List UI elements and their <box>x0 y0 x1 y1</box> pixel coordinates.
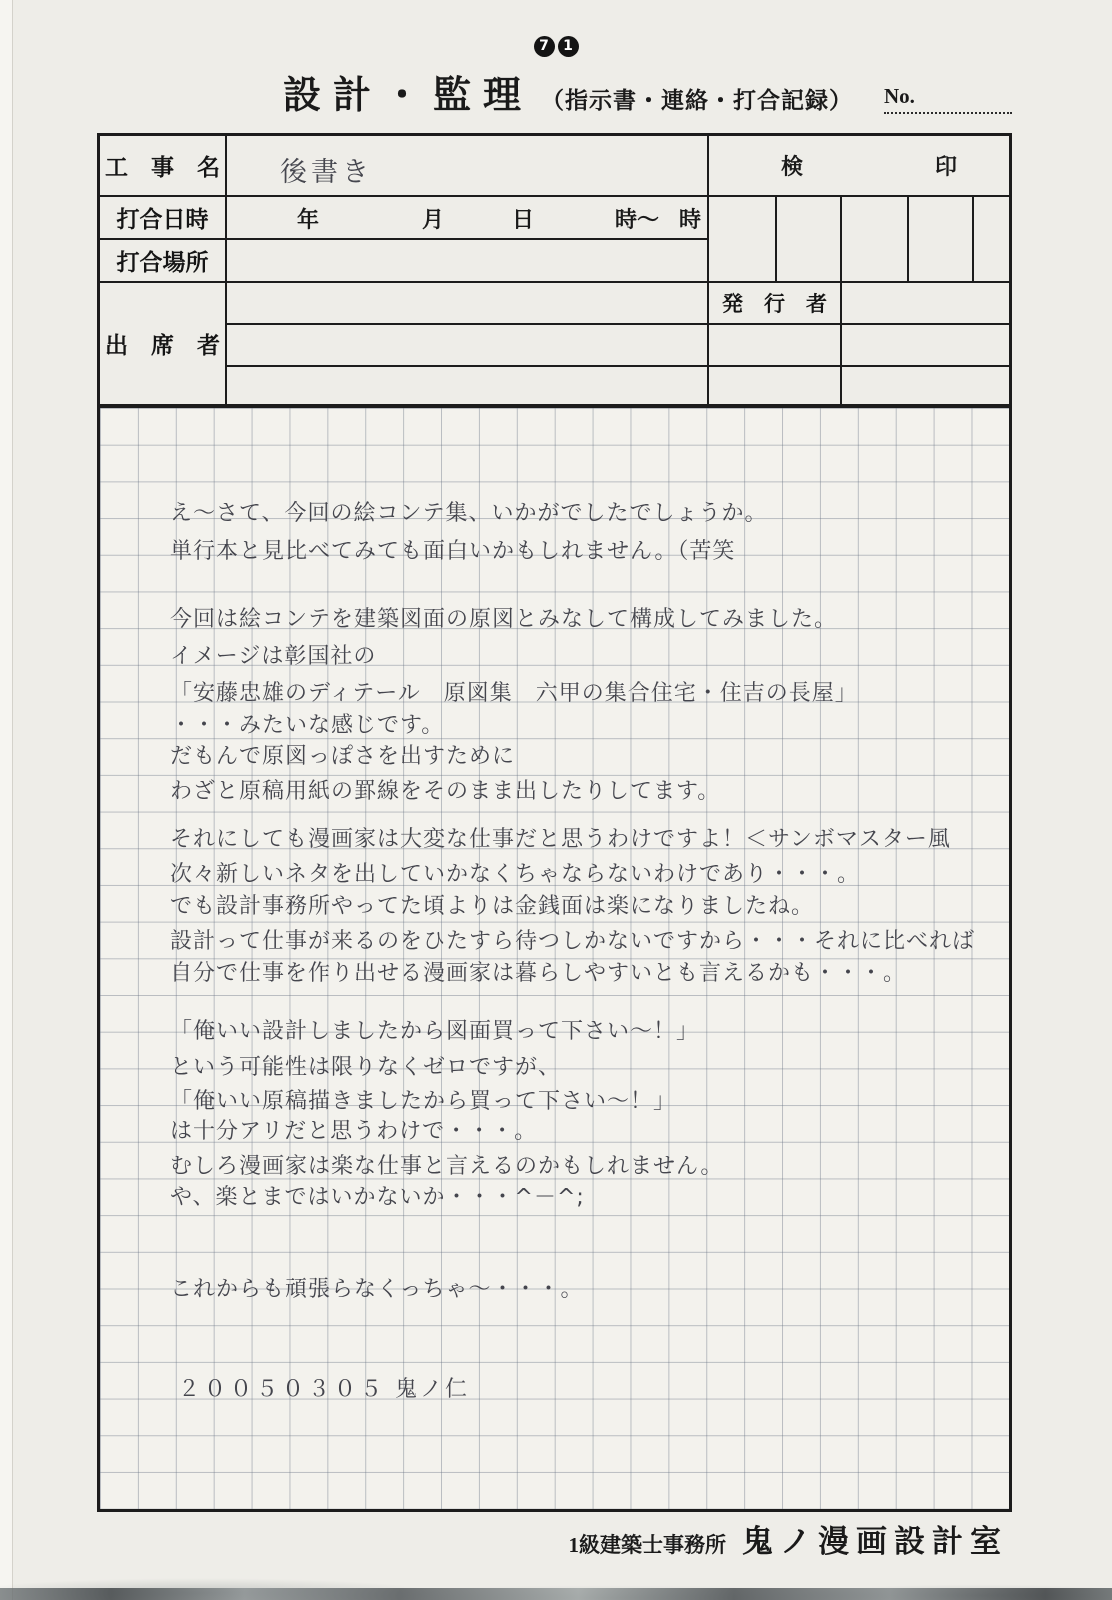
seal-cell-5 <box>974 197 1009 281</box>
note-line: 単行本と見比べてみても面白いかもしれません。（苦笑 <box>170 534 735 565</box>
scanned-form-page: 7 1 設計・監理 （指示書・連絡・打合記録） No. 工 事 名 打合日時 打… <box>0 0 1112 1600</box>
note-line: だもんで原図っぽさを出すために <box>170 739 515 770</box>
note-line: 自分で仕事を作り出せる漫画家は暮らしやすいとも言えるかも・・・。 <box>170 956 906 987</box>
unit-day: 日 <box>512 203 534 234</box>
table-line <box>225 365 1009 367</box>
title-main: 設計・監理 <box>283 64 533 119</box>
inspection-label-left: 検 <box>781 150 803 181</box>
seal-cell-3 <box>842 197 907 281</box>
note-line: イメージは彰国社の <box>170 639 376 670</box>
note-line: ・・・みたいな感じです。 <box>170 708 444 739</box>
note-line: は十分アリだと思うわけで・・・。 <box>170 1114 537 1145</box>
page-number: 7 1 <box>0 36 1112 57</box>
note-line: 次々新しいネタを出していかなくちゃならないわけであり・・・。 <box>170 857 860 888</box>
signature-line: ２００５０３０５ 鬼ノ仁 <box>100 1372 1009 1402</box>
unit-month: 月 <box>422 203 444 234</box>
project-name-label: 工 事 名 <box>100 136 225 195</box>
page-number-digit: 7 <box>534 36 555 57</box>
footer: 1級建築士事務所 鬼ノ漫画設計室 <box>97 1516 1008 1561</box>
unit-hour-from: 時～ <box>615 203 659 234</box>
note-line: や、楽とまではいかないか・・・^－^; <box>170 1180 585 1211</box>
seal-cell-1 <box>709 197 775 281</box>
note-line: 「俺いい設計しましたから図面買って下さい～！」 <box>170 1014 699 1045</box>
table-line <box>225 323 1009 325</box>
scan-bottom-edge <box>0 1588 1112 1600</box>
title-subtitle: （指示書・連絡・打合記録） <box>541 82 853 115</box>
inspection-label-right: 印 <box>935 150 957 181</box>
seal-cell-2 <box>777 197 840 281</box>
seal-cell-4 <box>909 197 972 281</box>
issuer-value-cell <box>842 283 1009 323</box>
note-line: 「安藤忠雄のディテール 原図集 六甲の集合住宅・住吉の長屋」 <box>170 676 858 707</box>
unit-hour-to: 時 <box>679 203 701 234</box>
note-line: わざと原稿用紙の罫線をそのまま出したりしてます。 <box>170 774 720 805</box>
document-title: 設計・監理 （指示書・連絡・打合記録） <box>283 64 853 119</box>
meeting-datetime-label: 打合日時 <box>100 197 225 238</box>
meeting-record-table: 工 事 名 打合日時 打合場所 出 席 者 後書き 年 月 日 時～ 時 検 印… <box>97 133 1012 407</box>
project-name-value: 後書き <box>280 150 373 189</box>
grid-note-area: え～さて、今回の絵コンテ集、いかがでしたでしょうか。 単行本と見比べてみても面白… <box>97 405 1012 1512</box>
page-number-digit: 1 <box>558 36 579 57</box>
attendees-label: 出 席 者 <box>100 283 225 404</box>
meeting-datetime-cell: 年 月 日 時～ 時 <box>227 195 707 238</box>
note-line: 今回は絵コンテを建築図面の原図とみなして構成してみました。 <box>170 602 837 633</box>
office-name: 鬼ノ漫画設計室 <box>742 1516 1008 1561</box>
no-label: No. <box>884 84 915 108</box>
table-line <box>225 136 227 404</box>
note-line: それにしても漫画家は大変な仕事だと思うわけですよ！＜サンボマスター風 <box>170 822 951 853</box>
inspection-seal-header: 検 印 <box>709 136 1009 195</box>
note-line: でも設計事務所やってた頃よりは金銭面は楽になりましたね。 <box>170 889 814 920</box>
document-number-field: No. <box>884 84 1012 114</box>
note-line: 「俺いい原稿描きましたから買って下さい～！」 <box>170 1084 676 1115</box>
signature-date: ２００５０３０５ <box>178 1372 386 1403</box>
note-line: むしろ漫画家は楽な仕事と言えるのかもしれません。 <box>170 1149 723 1180</box>
note-line: という可能性は限りなくゼロですが、 <box>170 1050 561 1081</box>
note-line: 設計って仕事が来るのをひたすら待つしかないですから・・・それに比べれば <box>170 924 975 955</box>
issuer-label: 発 行 者 <box>709 283 840 323</box>
note-line: え～さて、今回の絵コンテ集、いかがでしたでしょうか。 <box>170 496 768 527</box>
signature-author: 鬼ノ仁 <box>395 1372 470 1403</box>
meeting-place-label: 打合場所 <box>100 240 225 281</box>
unit-year: 年 <box>297 203 319 234</box>
scan-left-edge <box>0 0 13 1600</box>
note-line: これからも頑張らなくっちゃ～・・・。 <box>170 1272 584 1303</box>
office-type: 1級建築士事務所 <box>569 1529 727 1559</box>
